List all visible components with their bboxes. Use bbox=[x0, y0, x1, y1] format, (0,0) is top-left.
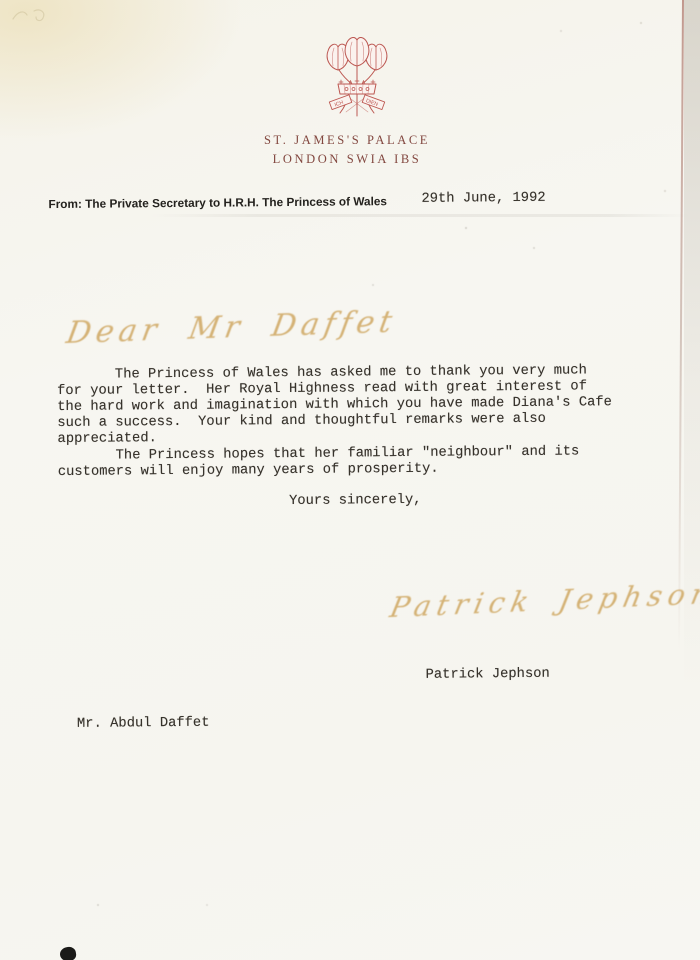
ink-smudge-mark bbox=[59, 946, 77, 960]
body-paragraph-1: The Princess of Wales has asked me to th… bbox=[57, 363, 612, 447]
recipient-name: Mr. Abdul Daffet bbox=[77, 716, 210, 732]
handwritten-signature: Patrick Jephson bbox=[387, 577, 700, 624]
from-line: From: The Private Secretary to H.R.H. Th… bbox=[48, 194, 387, 211]
date-line: 29th June, 1992 bbox=[421, 191, 545, 207]
scanner-dust-speckles bbox=[0, 0, 2, 2]
scanned-letter: ICH DIEN ST. JAMES'S PALACE LONDON SWIA … bbox=[0, 0, 700, 960]
closing-line: Yours sincerely, bbox=[289, 493, 422, 509]
typed-signature-name: Patrick Jephson bbox=[426, 667, 550, 683]
handwritten-salutation: Dear Mr Daffet bbox=[64, 304, 400, 351]
scan-artifact-band bbox=[150, 214, 690, 217]
body-paragraph-2: The Princess hopes that her familiar "ne… bbox=[58, 444, 580, 480]
letter-content: From: The Private Secretary to H.R.H. Th… bbox=[0, 0, 700, 960]
paper-edge-shadow bbox=[684, 0, 700, 690]
